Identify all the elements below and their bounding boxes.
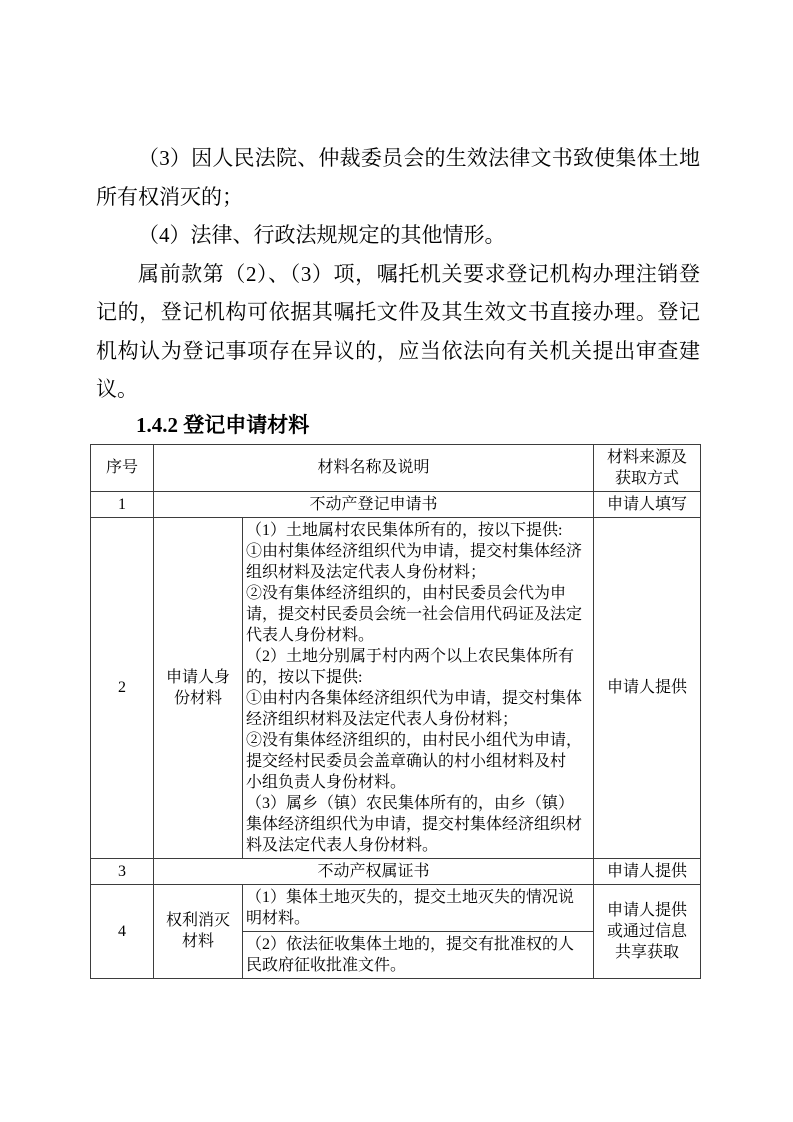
row1-source: 申请人填写: [594, 491, 701, 517]
row3-index: 3: [91, 858, 154, 884]
table-header-row: 序号 材料名称及说明 材料来源及 获取方式: [91, 444, 701, 491]
paragraph-entrust: 属前款第（2）、（3）项，嘱托机关要求登记机构办理注销登记的，登记机构可依据其嘱…: [96, 255, 700, 409]
row4-category: 权利消灭 材料: [154, 884, 243, 978]
row3-source: 申请人提供: [594, 858, 701, 884]
row2-description: （1）土地属村农民集体所有的，按以下提供: ①由村集体经济组织代为申请，提交村集…: [243, 517, 594, 858]
row3-name: 不动产权属证书: [154, 858, 594, 884]
document-page: （3）因人民法院、仲裁委员会的生效法律文书致使集体土地所有权消灭的； （4）法律…: [0, 0, 793, 1122]
section-heading: 1.4.2 登记申请材料: [90, 412, 704, 439]
row4-item2: （2）依法征收集体土地的，提交有批准权的人 民政府征收批准文件。: [243, 931, 594, 978]
row4-source: 申请人提供 或通过信息 共享获取: [594, 884, 701, 978]
row2-source: 申请人提供: [594, 517, 701, 858]
row4-index: 4: [91, 884, 154, 978]
column-header-index: 序号: [91, 444, 154, 491]
row4-item1: （1）集体土地灭失的，提交土地灭失的情况说 明材料。: [243, 884, 594, 931]
row2-category: 申请人身 份材料: [154, 517, 243, 858]
paragraph-item-3: （3）因人民法院、仲裁委员会的生效法律文书致使集体土地所有权消灭的；: [96, 139, 700, 216]
table-row-2: 2 申请人身 份材料 （1）土地属村农民集体所有的，按以下提供: ①由村集体经济…: [91, 517, 701, 858]
column-header-source: 材料来源及 获取方式: [594, 444, 701, 491]
materials-table: 序号 材料名称及说明 材料来源及 获取方式 1 不动产登记申请书 申请人填写 2…: [90, 444, 701, 979]
table-row-3: 3 不动产权属证书 申请人提供: [91, 858, 701, 884]
table-row-4a: 4 权利消灭 材料 （1）集体土地灭失的，提交土地灭失的情况说 明材料。 申请人…: [91, 884, 701, 931]
row2-index: 2: [91, 517, 154, 858]
row1-name: 不动产登记申请书: [154, 491, 594, 517]
paragraph-item-4: （4）法律、行政法规规定的其他情形。: [96, 216, 700, 255]
table-row-1: 1 不动产登记申请书 申请人填写: [91, 491, 701, 517]
row1-index: 1: [91, 491, 154, 517]
column-header-name: 材料名称及说明: [154, 444, 594, 491]
